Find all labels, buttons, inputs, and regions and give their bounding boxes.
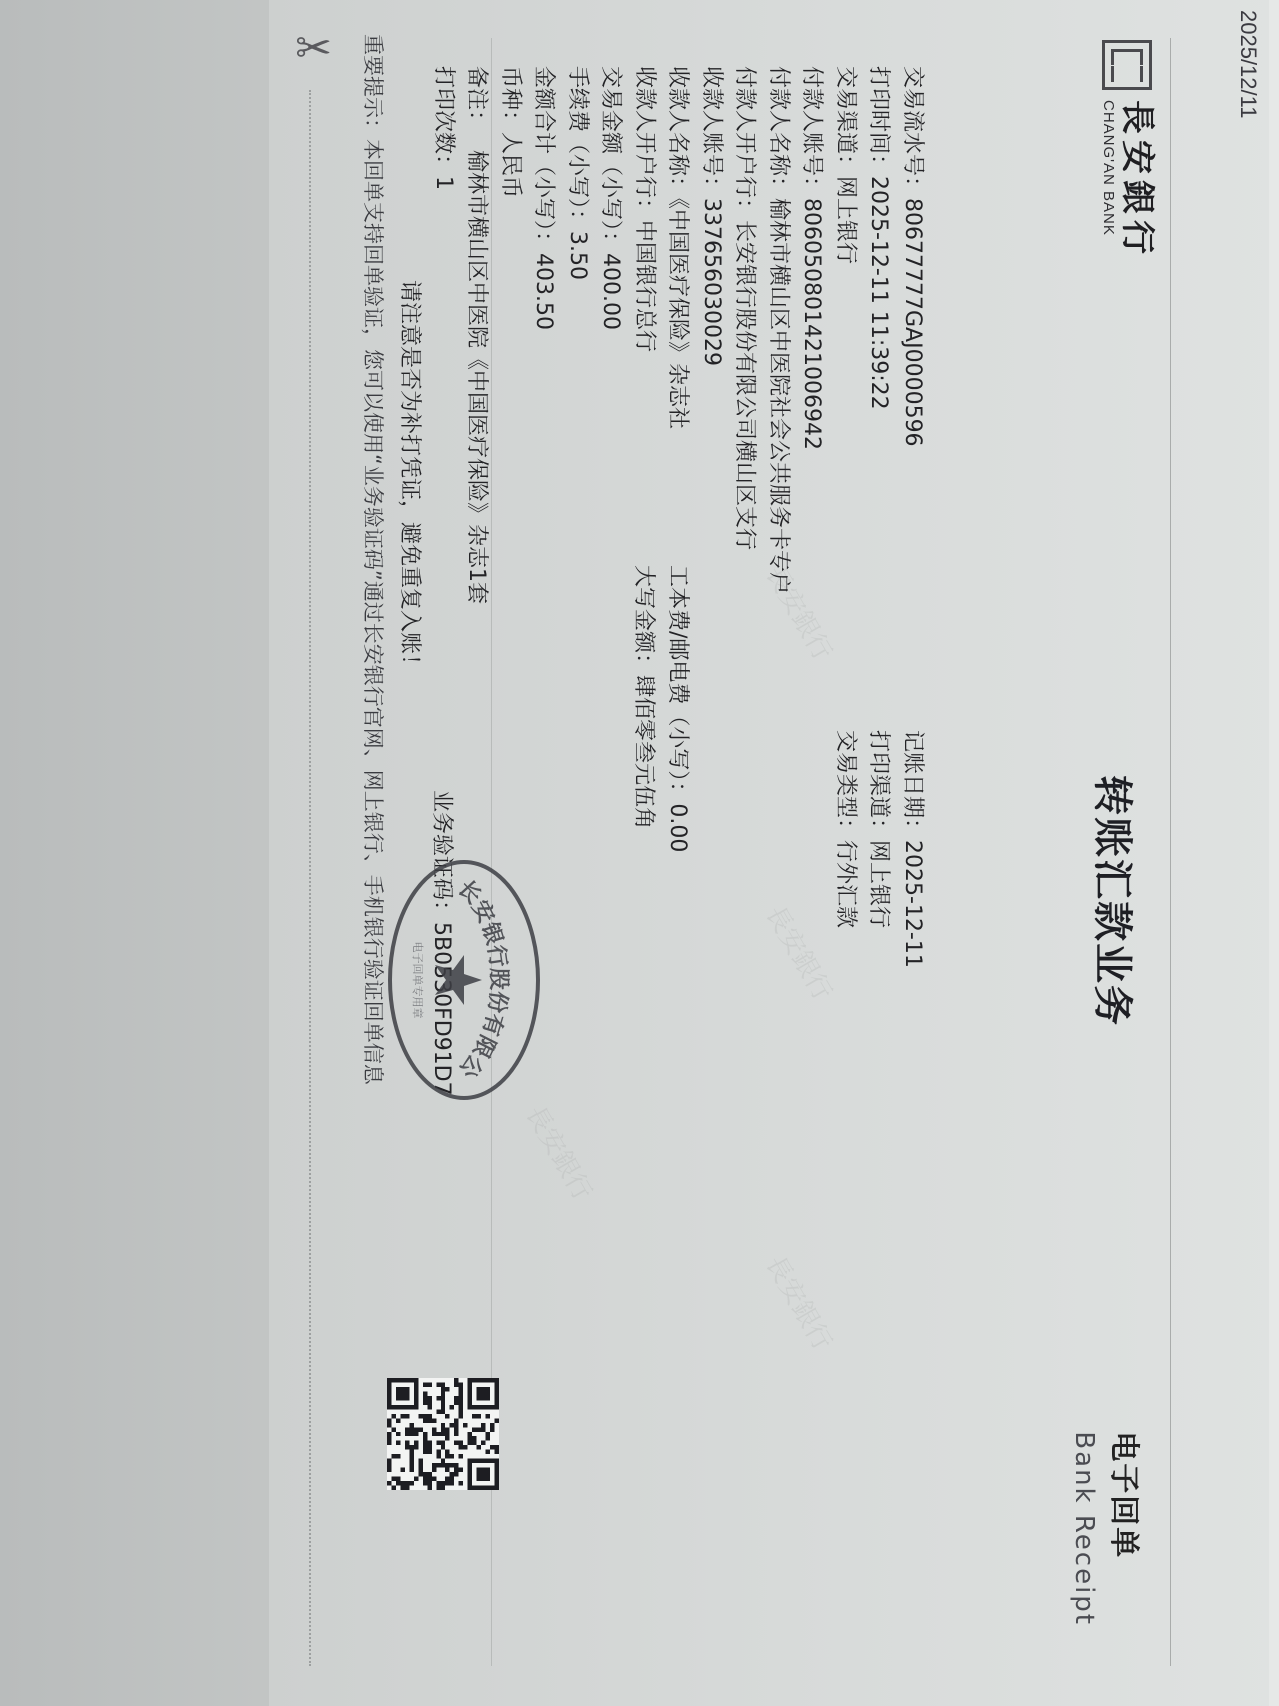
scissors-icon: ✂ xyxy=(295,23,332,74)
field-label: 交易渠道： xyxy=(833,66,858,176)
field-value: 1 xyxy=(431,176,456,190)
field-value: 榆林市横山区中医院社会公共服务卡专户 xyxy=(766,198,791,594)
field-row: 打印时间：2025-12-11 11:39:22 xyxy=(862,66,896,604)
field-row: 交易类型：行外汇款 xyxy=(829,730,863,968)
document-title: 转账汇款业务 xyxy=(1087,775,1144,1027)
field-value: 中国银行总行 xyxy=(632,220,657,352)
field-label: 金额合计（小写）： xyxy=(532,66,557,253)
field-label: 打印次数： xyxy=(431,66,456,176)
field-value: 0.00 xyxy=(665,803,690,852)
field-label: 工本费/邮电费（小写）： xyxy=(665,565,690,803)
field-label: 手续费（小写）： xyxy=(565,66,590,231)
field-row: 备注：榆林市横山区中医院《中国医疗保险》杂志1套 xyxy=(460,66,494,604)
receipt-sheet: 2025/12/11 長安銀行 長安銀行 長安銀行 長安銀行 長安銀行 CHAN… xyxy=(269,0,1279,1706)
field-value: 3.50 xyxy=(565,231,590,280)
frame-divider xyxy=(1170,38,1171,1666)
reprint-note: 请注意是否为补打凭证，避免重复入账！ xyxy=(396,280,427,676)
paper-edge xyxy=(1269,0,1279,1706)
field-label: 收款人名称： xyxy=(666,66,691,198)
field-row: 打印次数：1 xyxy=(427,66,461,604)
field-value: 400.00 xyxy=(599,253,624,330)
field-value: 行外汇款 xyxy=(833,840,858,928)
document-type-cn: 电子回单 xyxy=(1105,1431,1149,1626)
cut-line xyxy=(309,90,311,1666)
svg-text:电子回单专用章: 电子回单专用章 xyxy=(411,942,425,1019)
document-type-en: Bank Receipt xyxy=(1069,1431,1099,1626)
field-label: 收款人账号： xyxy=(699,66,724,198)
watermark: 長安銀行 xyxy=(518,1098,602,1207)
field-label: 交易金额（小写）： xyxy=(599,66,624,253)
stamp-text: 长安银行股份有限公司 xyxy=(452,855,544,1083)
field-label: 收款人开户行： xyxy=(632,66,657,220)
field-row: 工本费/邮电费（小写）：0.00 xyxy=(661,565,695,852)
star-icon xyxy=(435,955,482,1005)
field-value: 人民币 xyxy=(498,132,523,198)
field-value: 榆林市横山区中医院《中国医疗保险》杂志1套 xyxy=(465,150,490,604)
changan-bank-logo-icon xyxy=(1102,40,1152,90)
field-row: 币种：人民币 xyxy=(494,66,528,604)
watermark: 長安銀行 xyxy=(758,1248,842,1357)
field-row: 手续费（小写）：3.50 xyxy=(561,66,595,604)
official-stamp: 长安银行股份有限公司 电子回单专用章 xyxy=(384,855,544,1105)
field-row: 交易金额（小写）：400.00 xyxy=(594,66,628,604)
field-row: 付款人账号：806050801421006942 xyxy=(795,66,829,604)
field-row: 交易渠道：网上银行 xyxy=(829,66,863,604)
field-label: 备注： xyxy=(465,66,490,132)
field-value: 2025-12-11 xyxy=(900,840,925,968)
field-label: 付款人账号： xyxy=(800,66,825,198)
field-row: 收款人账号：337656030029 xyxy=(695,66,729,604)
field-row: 付款人名称：榆林市横山区中医院社会公共服务卡专户 xyxy=(762,66,796,604)
qr-code-icon xyxy=(387,1378,499,1490)
important-notice: 重要提示：本回单支持回单验证，您可以使用“业务验证码”通过长安银行官网、网上银行… xyxy=(359,34,389,1085)
field-label: 大写金额： xyxy=(632,565,657,675)
field-value: 《中国医疗保险》杂志社 xyxy=(666,198,691,429)
field-row: 大写金额：肆佰零叁元伍角 xyxy=(627,565,661,852)
fields-right-amounts: 工本费/邮电费（小写）：0.00大写金额：肆佰零叁元伍角 xyxy=(627,565,694,852)
field-value: 806050801421006942 xyxy=(800,198,825,450)
field-label: 付款人开户行： xyxy=(733,66,758,220)
field-value: 网上银行 xyxy=(833,176,858,264)
field-row: 收款人开户行：中国银行总行 xyxy=(628,66,662,604)
field-row: 付款人开户行：长安银行股份有限公司横山区支行 xyxy=(728,66,762,604)
field-label: 交易类型： xyxy=(833,730,858,840)
field-value: 403.50 xyxy=(532,253,557,330)
field-row: 收款人名称：《中国医疗保险》杂志社 xyxy=(661,66,695,604)
bank-logo: 長安銀行 CHANG'AN BANK xyxy=(1100,40,1154,260)
field-value: 网上银行 xyxy=(867,840,892,928)
field-row: 记账日期：2025-12-11 xyxy=(896,730,930,968)
field-label: 打印渠道： xyxy=(867,730,892,840)
field-label: 记账日期： xyxy=(900,730,925,840)
document-type: 电子回单 Bank Receipt xyxy=(1069,1431,1149,1626)
fields-left: 交易流水号：80677777GAJ0000596打印时间：2025-12-11 … xyxy=(427,66,930,604)
field-value: 337656030029 xyxy=(699,198,724,366)
field-row: 交易流水号：80677777GAJ0000596 xyxy=(896,66,930,604)
field-row: 金额合计（小写）：403.50 xyxy=(527,66,561,604)
bank-name-cn: 長安銀行 xyxy=(1120,100,1154,260)
svg-text:长安银行股份有限公司: 长安银行股份有限公司 xyxy=(452,855,544,1083)
field-value: 长安银行股份有限公司横山区支行 xyxy=(733,220,758,550)
field-label: 币种： xyxy=(498,66,523,132)
field-value: 2025-12-11 11:39:22 xyxy=(867,176,892,410)
bank-name-en: CHANG'AN BANK xyxy=(1100,100,1117,260)
field-label: 交易流水号： xyxy=(900,66,925,198)
field-label: 付款人名称： xyxy=(766,66,791,198)
field-row: 打印渠道：网上银行 xyxy=(862,730,896,968)
field-value: 肆佰零叁元伍角 xyxy=(632,675,657,829)
print-date: 2025/12/11 xyxy=(1235,10,1261,118)
fields-right: 记账日期：2025-12-11打印渠道：网上银行交易类型：行外汇款 xyxy=(829,730,930,968)
field-label: 打印时间： xyxy=(867,66,892,176)
field-value: 80677777GAJ0000596 xyxy=(900,198,925,447)
